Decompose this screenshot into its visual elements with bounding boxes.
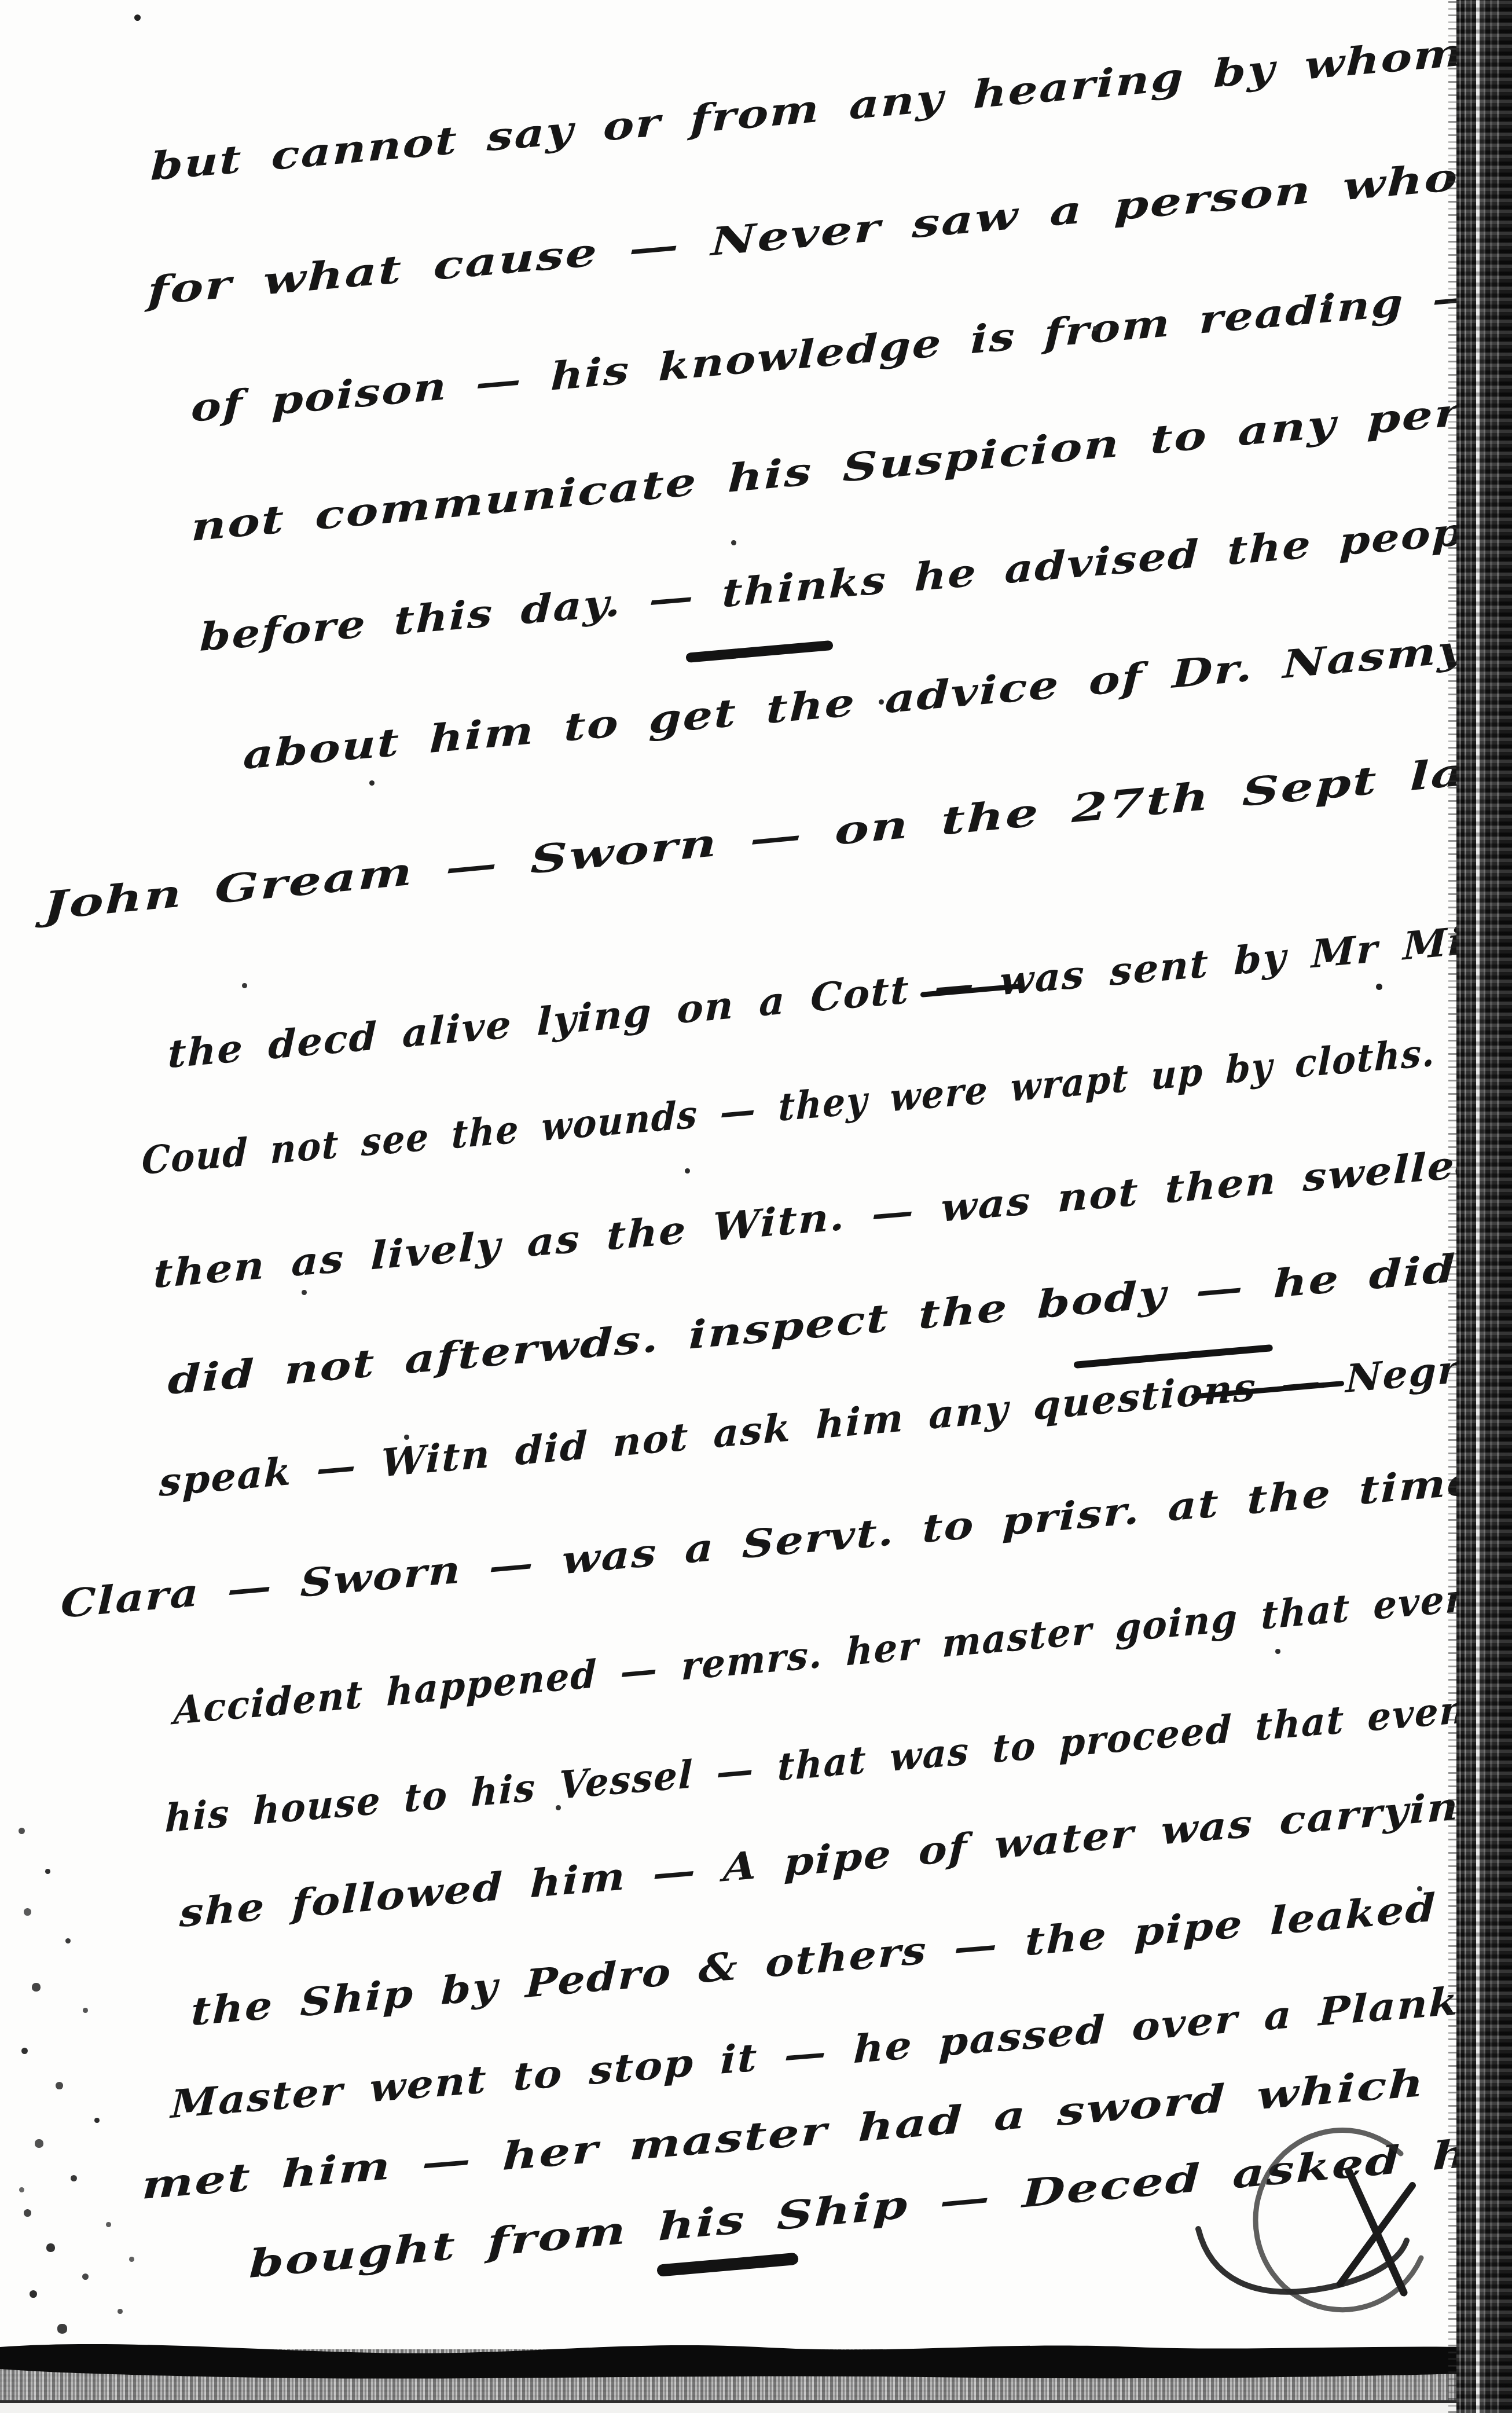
underline-stroke-thinks bbox=[685, 640, 834, 663]
ink-flyspecks bbox=[0, 0, 3, 3]
manuscript-line-1: but cannot say or from any hearing by wh… bbox=[150, 19, 1512, 186]
ink-smudge-cluster bbox=[14, 1818, 17, 1821]
book-binding-edge bbox=[1456, 0, 1512, 2413]
manuscript-page: but cannot say or from any hearing by wh… bbox=[0, 0, 1512, 2413]
bottom-scan-band bbox=[0, 2323, 1512, 2386]
strikethrough-stroke-deced bbox=[656, 2253, 799, 2277]
bottom-scan-foot bbox=[0, 2403, 1512, 2413]
manuscript-line-6: about him to get the advice of Dr. Nasmy… bbox=[243, 617, 1512, 775]
